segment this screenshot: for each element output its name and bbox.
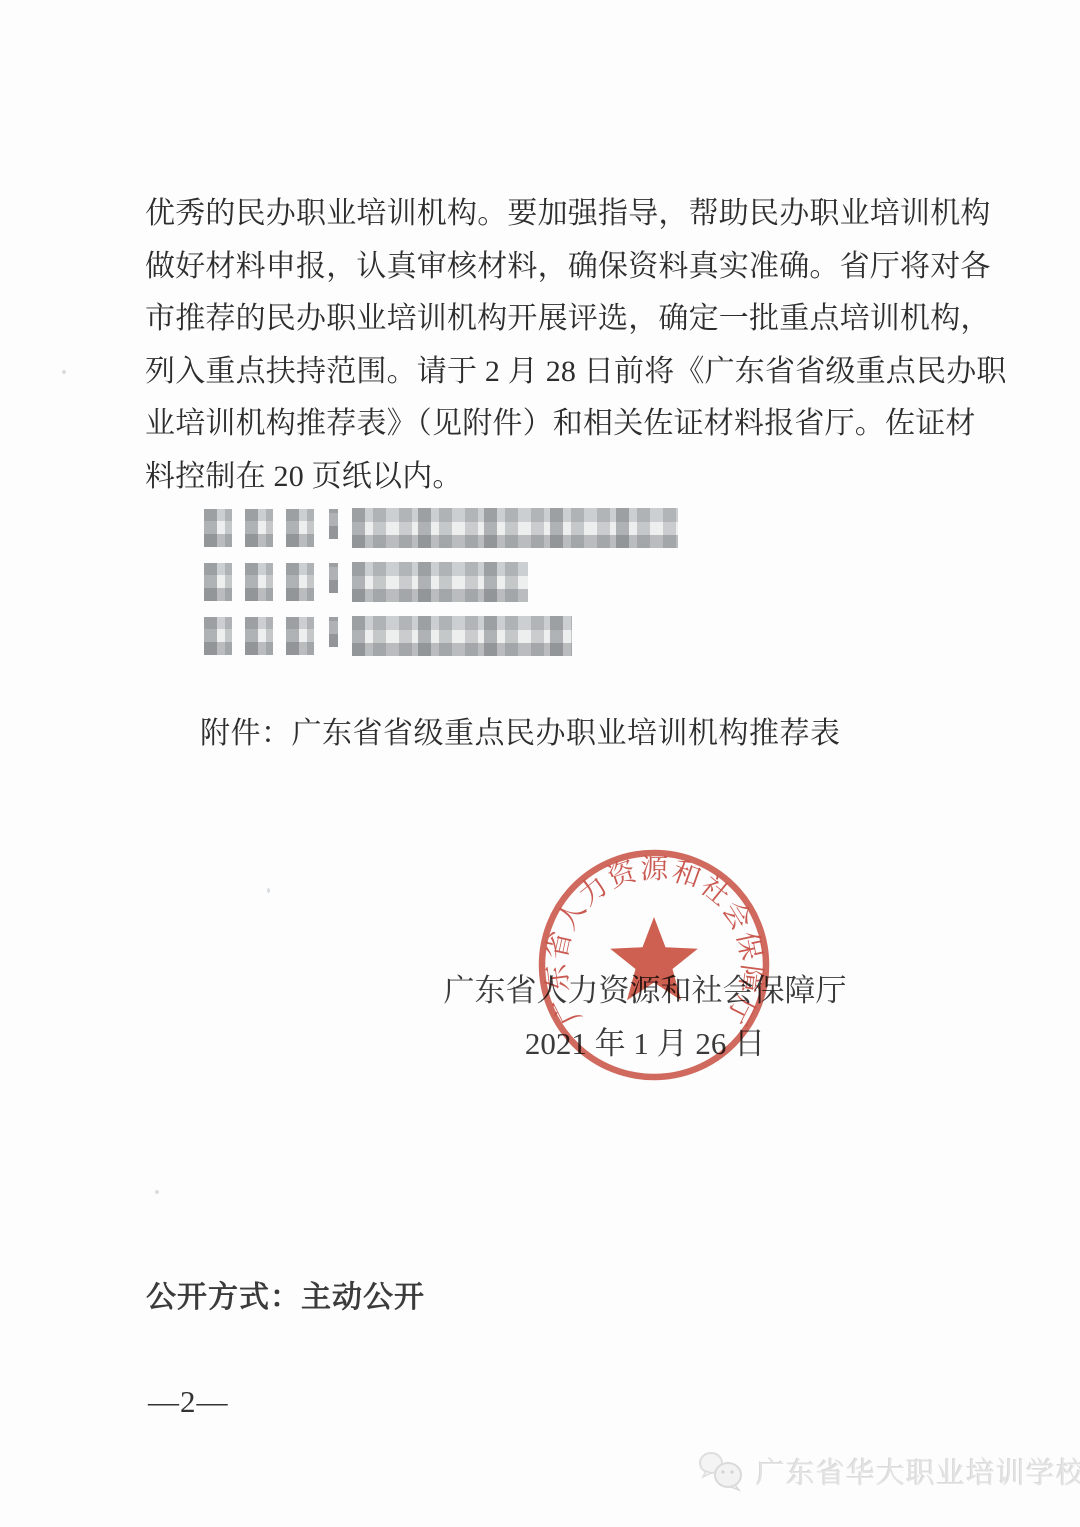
redacted-label [204, 509, 338, 547]
wechat-icon [698, 1450, 746, 1492]
redacted-value [352, 508, 678, 548]
mosaic-block [245, 509, 273, 547]
redacted-contact-line [204, 562, 678, 602]
mosaic-block [286, 563, 314, 601]
mosaic-block [329, 563, 338, 593]
scan-speck [267, 888, 270, 893]
mosaic-block [204, 563, 232, 601]
signature-date: 2021 年 1 月 26 日 [400, 1017, 890, 1070]
mosaic-block [245, 617, 273, 655]
mosaic-block [329, 509, 338, 539]
mosaic-block [286, 617, 314, 655]
body-line: 优秀的民办职业培训机构。要加强指导，帮助民办职业培训机构 [145, 188, 969, 241]
scan-speck [155, 1190, 159, 1194]
redacted-label [204, 617, 338, 655]
signature-department: 广东省人力资源和社会保障厅 [400, 964, 890, 1017]
scanned-document-page: 优秀的民办职业培训机构。要加强指导，帮助民办职业培训机构 做好材料申报，认真审核… [0, 0, 1080, 1527]
watermark: 广东省华大职业培训学校 [698, 1450, 1080, 1492]
mosaic-block [204, 617, 232, 655]
mosaic-block [286, 509, 314, 547]
page-number: —2— [148, 1384, 229, 1420]
body-paragraph: 优秀的民办职业培训机构。要加强指导，帮助民办职业培训机构 做好材料申报，认真审核… [145, 188, 969, 503]
watermark-text: 广东省华大职业培训学校 [756, 1451, 1080, 1492]
disclosure-line: 公开方式：主动公开 [146, 1272, 425, 1316]
redacted-contact-block [204, 508, 678, 670]
redacted-value [352, 616, 572, 656]
redacted-label [204, 563, 338, 601]
body-line: 列入重点扶持范围。请于 2 月 28 日前将《广东省省级重点民办职 [145, 346, 969, 399]
attachment-line: 附件：广东省省级重点民办职业培训机构推荐表 [200, 708, 841, 752]
redacted-contact-line [204, 508, 678, 548]
redacted-contact-line [204, 616, 678, 656]
scan-speck [62, 370, 66, 374]
signature-block: 广东省人力资源和社会保障厅 2021 年 1 月 26 日 [400, 964, 890, 1070]
body-line: 市推荐的民办职业培训机构开展评选，确定一批重点培训机构， [145, 293, 969, 346]
body-line: 做好材料申报，认真审核材料，确保资料真实准确。省厅将对各 [145, 241, 969, 294]
body-line: 料控制在 20 页纸以内。 [145, 451, 969, 504]
body-line: 业培训机构推荐表》（见附件）和相关佐证材料报省厅。佐证材 [145, 398, 969, 451]
redacted-value [352, 562, 528, 602]
mosaic-block [329, 617, 338, 647]
mosaic-block [204, 509, 232, 547]
mosaic-block [245, 563, 273, 601]
